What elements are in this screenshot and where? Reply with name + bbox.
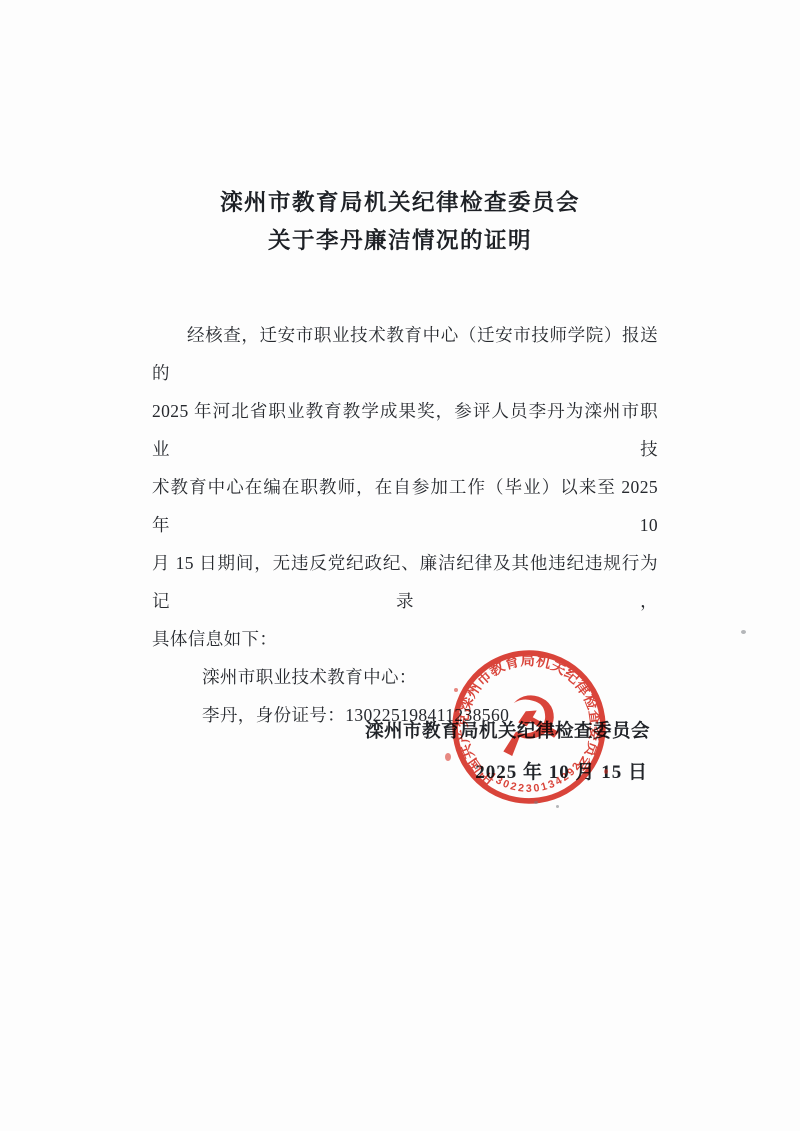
body-line: 经核查，迁安市职业技术教育中心（迁安市技师学院）报送的: [152, 316, 658, 392]
body-line: 月 15 日期间，无违反党纪政纪、廉洁纪律及其他违纪违规行为记录，: [152, 544, 658, 620]
paper-speck: [556, 805, 559, 808]
title-line-2: 关于李丹廉洁情况的证明: [0, 222, 800, 260]
hammer-sickle-icon: ☭: [487, 676, 570, 777]
document-title: 滦州市教育局机关纪律检查委员会 关于李丹廉洁情况的证明: [0, 184, 800, 260]
paper-speck: [741, 630, 746, 634]
certificate-document: 滦州市教育局机关纪律检查委员会 关于李丹廉洁情况的证明 经核查，迁安市职业技术教…: [0, 0, 800, 1131]
paper-speck: [534, 801, 538, 804]
body-line: 2025 年河北省职业教育教学成果奖，参评人员李丹为滦州市职业技: [152, 392, 658, 468]
official-red-seal: 中国共产党滦州市教育局机关纪律检查委员会 1302230134292 ☭: [438, 636, 621, 819]
body-line: 术教育中心在编在职教师，在自参加工作（毕业）以来至 2025 年 10: [152, 468, 658, 544]
stamp-smudge: [445, 753, 451, 761]
stamp-smudge: [454, 688, 458, 692]
title-line-1: 滦州市教育局机关纪律检查委员会: [0, 184, 800, 222]
stamp-smudge: [604, 769, 608, 774]
